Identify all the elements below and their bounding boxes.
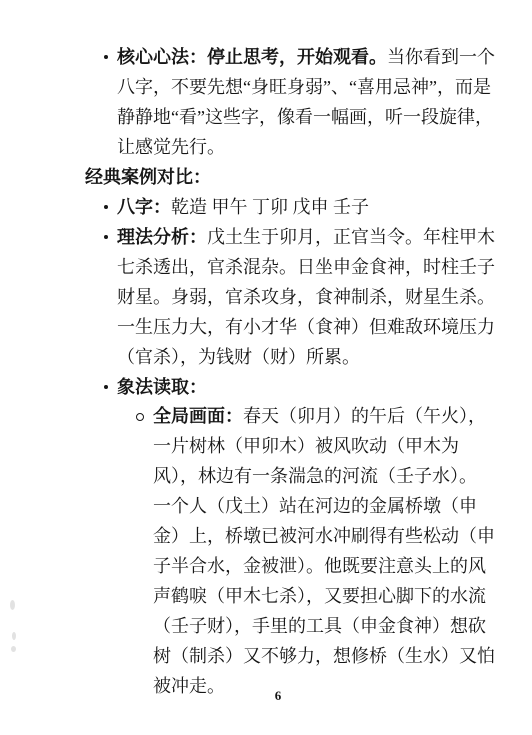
scan-artifact — [11, 646, 16, 652]
page-number: 6 — [266, 688, 290, 704]
line-text: 让感觉先行。 — [117, 137, 225, 157]
text-line: 树（制杀）又不够力，想修桥（生水）又怕 — [153, 641, 495, 671]
line-text: 树（制杀）又不够力，想修桥（生水）又怕 — [153, 646, 495, 666]
text-line: 核心心法：停止思考，开始观看。当你看到一个 — [117, 42, 495, 72]
bullet-dot-icon — [104, 205, 108, 209]
line-text: （官杀），为钱财（财）所累。 — [117, 347, 360, 367]
text-line: 全局画面：春天（卯月）的午后（午火）， — [153, 401, 486, 431]
text-line: 声鹤唳（甲木七杀），又要担心脚下的水流 — [153, 581, 486, 611]
scan-artifact — [10, 600, 15, 610]
text-line: （官杀），为钱财（财）所累。 — [117, 342, 360, 372]
text-line: 七杀透出，官杀混杂。日坐申金食神，时柱壬子 — [117, 252, 495, 282]
line-text: 声鹤唳（甲木七杀），又要担心脚下的水流 — [153, 586, 486, 606]
line-text: 风），林边有一条湍急的河流（壬子水）。 — [153, 466, 477, 486]
text-line: 静静地“看”这些字，像看一幅画，听一段旋律， — [117, 102, 493, 132]
text-line: 八字，不要先想“身旺身弱”、“喜用忌神”，而是 — [117, 72, 491, 102]
bullet-dot-icon — [104, 385, 108, 389]
line-text: 乾造 甲午 丁卯 戊申 壬子 — [171, 197, 369, 217]
bullet-dot-icon — [104, 235, 108, 239]
line-text: 子半合水，金被泄）。他既要注意头上的风 — [153, 556, 486, 576]
bullet-circle-icon — [136, 413, 144, 421]
text-line: 八字：乾造 甲午 丁卯 戊申 壬子 — [117, 192, 369, 222]
text-line: 金）上，桥墩已被河水冲刷得有些松动（申 — [153, 521, 495, 551]
line-text: 财星。身弱，官杀攻身，食神制杀，财星生杀。 — [117, 287, 495, 307]
line-text: 戊土生于卯月，正官当令。年柱甲木 — [207, 227, 495, 247]
scan-artifact — [12, 632, 16, 640]
text-line: 一个人（戊土）站在河边的金属桥墩（申 — [153, 491, 477, 521]
text-line: 一生压力大，有小才华（食神）但难敌环境压力 — [117, 312, 495, 342]
line-text: 当你看到一个 — [387, 47, 495, 67]
text-line: 让感觉先行。 — [117, 132, 225, 162]
line-text: 一个人（戊土）站在河边的金属桥墩（申 — [153, 496, 477, 516]
line-text: 被冲走。 — [153, 676, 225, 696]
text-line: 理法分析：戊土生于卯月，正官当令。年柱甲木 — [117, 222, 495, 252]
line-text: 八字，不要先想“身旺身弱”、“喜用忌神”，而是 — [117, 77, 491, 97]
line-bold-text: 象法读取： — [117, 377, 207, 397]
line-bold-text: 核心心法：停止思考，开始观看。 — [117, 47, 387, 67]
line-text: 金）上，桥墩已被河水冲刷得有些松动（申 — [153, 526, 495, 546]
text-line: 被冲走。 — [153, 671, 225, 701]
line-text: （壬子财），手里的工具（申金食神）想砍 — [153, 616, 486, 636]
line-bold-text: 理法分析： — [117, 227, 207, 247]
text-line: 经典案例对比： — [85, 162, 211, 192]
text-line: 子半合水，金被泄）。他既要注意头上的风 — [153, 551, 486, 581]
text-line: 财星。身弱，官杀攻身，食神制杀，财星生杀。 — [117, 282, 495, 312]
text-line: 一片树林（甲卯木）被风吹动（甲木为 — [153, 431, 459, 461]
text-line: （壬子财），手里的工具（申金食神）想砍 — [153, 611, 486, 641]
line-text: 一片树林（甲卯木）被风吹动（甲木为 — [153, 436, 459, 456]
line-text: 一生压力大，有小才华（食神）但难敌环境压力 — [117, 317, 495, 337]
document-page: 核心心法：停止思考，开始观看。当你看到一个八字，不要先想“身旺身弱”、“喜用忌神… — [0, 0, 532, 735]
line-text: 静静地“看”这些字，像看一幅画，听一段旋律， — [117, 107, 493, 127]
text-line: 象法读取： — [117, 372, 207, 402]
line-bold-text: 经典案例对比： — [85, 167, 211, 187]
line-text: 春天（卯月）的午后（午火）， — [243, 406, 486, 426]
line-text: 七杀透出，官杀混杂。日坐申金食神，时柱壬子 — [117, 257, 495, 277]
line-bold-text: 全局画面： — [153, 406, 243, 426]
text-line: 风），林边有一条湍急的河流（壬子水）。 — [153, 461, 477, 491]
bullet-dot-icon — [104, 55, 108, 59]
line-bold-text: 八字： — [117, 197, 171, 217]
